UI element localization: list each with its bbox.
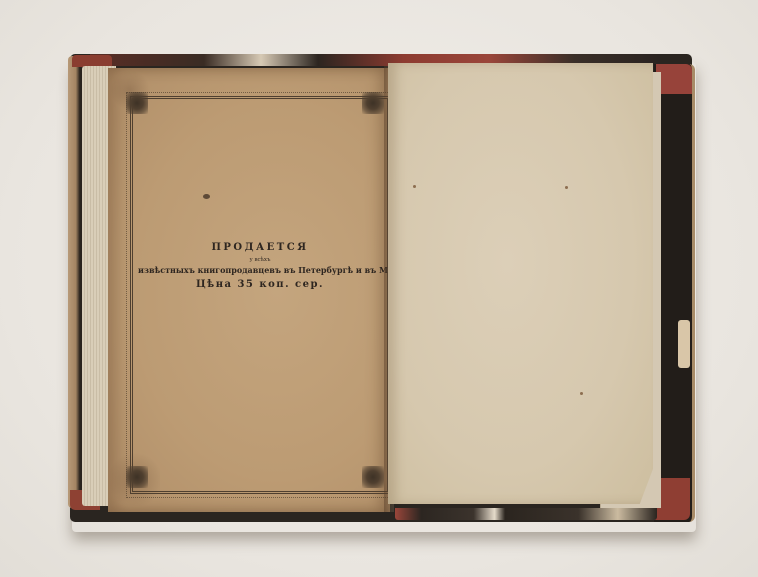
cover-corner-top-right [656,64,692,94]
imprint-text-block: ПРОДАЕТСЯ у всѣхъ извѣстныхъ книгопродав… [150,242,370,290]
ornament-corner-icon [126,466,148,488]
imprint-small-line: у всѣхъ [150,257,370,263]
imprint-booksellers-line: извѣстныхъ книгопродавцевъ въ Петербургѣ… [138,265,382,275]
ornamental-border [130,96,390,494]
cover-bottom-edge [395,508,657,520]
imprint-title: ПРОДАЕТСЯ [150,242,370,253]
cover-tear [678,320,690,368]
ornament-corner-icon [362,466,384,488]
ink-spot [203,194,210,199]
paper-speck [580,392,583,395]
ornament-corner-icon [126,92,148,114]
paper-speck [565,186,568,189]
right-blank-page [388,63,653,504]
ornament-corner-icon [362,92,384,114]
paper-speck [413,185,416,188]
imprint-price: Цѣна 35 коп. сер. [150,279,370,290]
